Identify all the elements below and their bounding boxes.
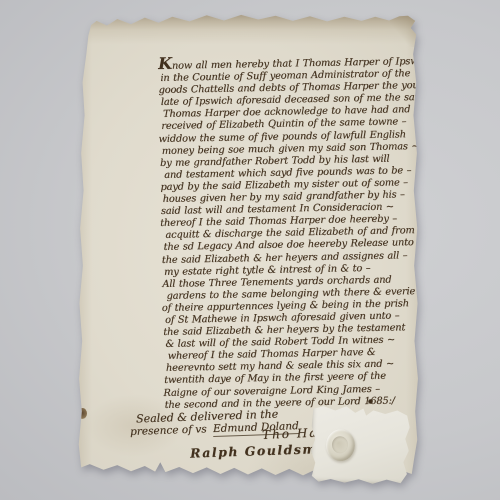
paper-sheet: Know all men hereby that I Thomas Harper… xyxy=(76,12,420,482)
photo-background: Know all men hereby that I Thomas Harper… xyxy=(0,0,500,500)
document-paper: Know all men hereby that I Thomas Harper… xyxy=(76,12,420,482)
embossed-wax-seal xyxy=(325,429,355,462)
seal-paper-tab xyxy=(309,404,412,486)
seal-impression xyxy=(332,436,349,454)
folded-corner xyxy=(390,15,418,47)
closing-presence-text: presence of vs xyxy=(130,423,207,438)
age-spot xyxy=(78,408,87,419)
manuscript-body: Know all men hereby that I Thomas Harper… xyxy=(158,53,427,412)
